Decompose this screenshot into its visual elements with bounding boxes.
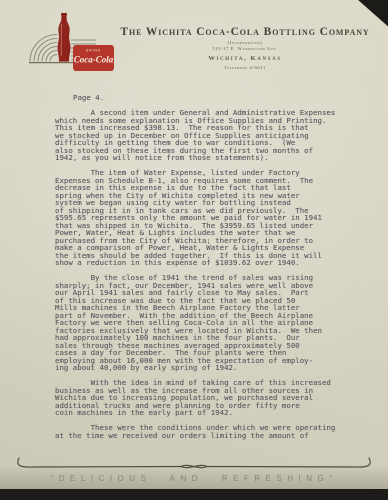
company-name: The Wichita Coca-Cola Bottling Company bbox=[110, 26, 380, 38]
telephone-line: Telephone 4-6611 bbox=[110, 65, 380, 70]
letterhead-logo: DRINK Coca-Cola bbox=[28, 12, 118, 76]
incorporated-line: (Incorporated) bbox=[110, 40, 380, 45]
page-number-label: Page 4. bbox=[73, 94, 357, 102]
coca-cola-bottle-icon bbox=[58, 13, 71, 62]
letter-body: Page 4. A second item under General and … bbox=[55, 94, 357, 447]
paragraph-sales-trend: By the close of 1941 the trend of sales … bbox=[55, 274, 357, 372]
letter-paper: DRINK Coca-Cola The Wichita Coca-Cola Bo… bbox=[0, 0, 388, 489]
masthead: The Wichita Coca-Cola Bottling Company (… bbox=[110, 26, 380, 70]
city-line: Wichita, Kansas bbox=[110, 55, 380, 62]
slogan-text: "DELICIOUS AND REFRESHING" bbox=[0, 474, 388, 483]
address-line: 515-17 E. Washington Ave. bbox=[110, 46, 380, 51]
paragraph-expansion-plans: With the idea in mind of taking care of … bbox=[55, 379, 357, 417]
paragraph-conditions: These were the conditions under which we… bbox=[55, 424, 357, 439]
drink-label: DRINK bbox=[86, 49, 102, 53]
footer-flourish-rule bbox=[13, 454, 375, 474]
drink-coca-cola-badge: DRINK Coca-Cola bbox=[73, 45, 114, 71]
coca-cola-script: Coca-Cola bbox=[74, 55, 114, 65]
paragraph-office-supplies: A second item under General and Administ… bbox=[55, 109, 357, 162]
paragraph-water-expense: The item of Water Expense, listed under … bbox=[55, 169, 357, 267]
